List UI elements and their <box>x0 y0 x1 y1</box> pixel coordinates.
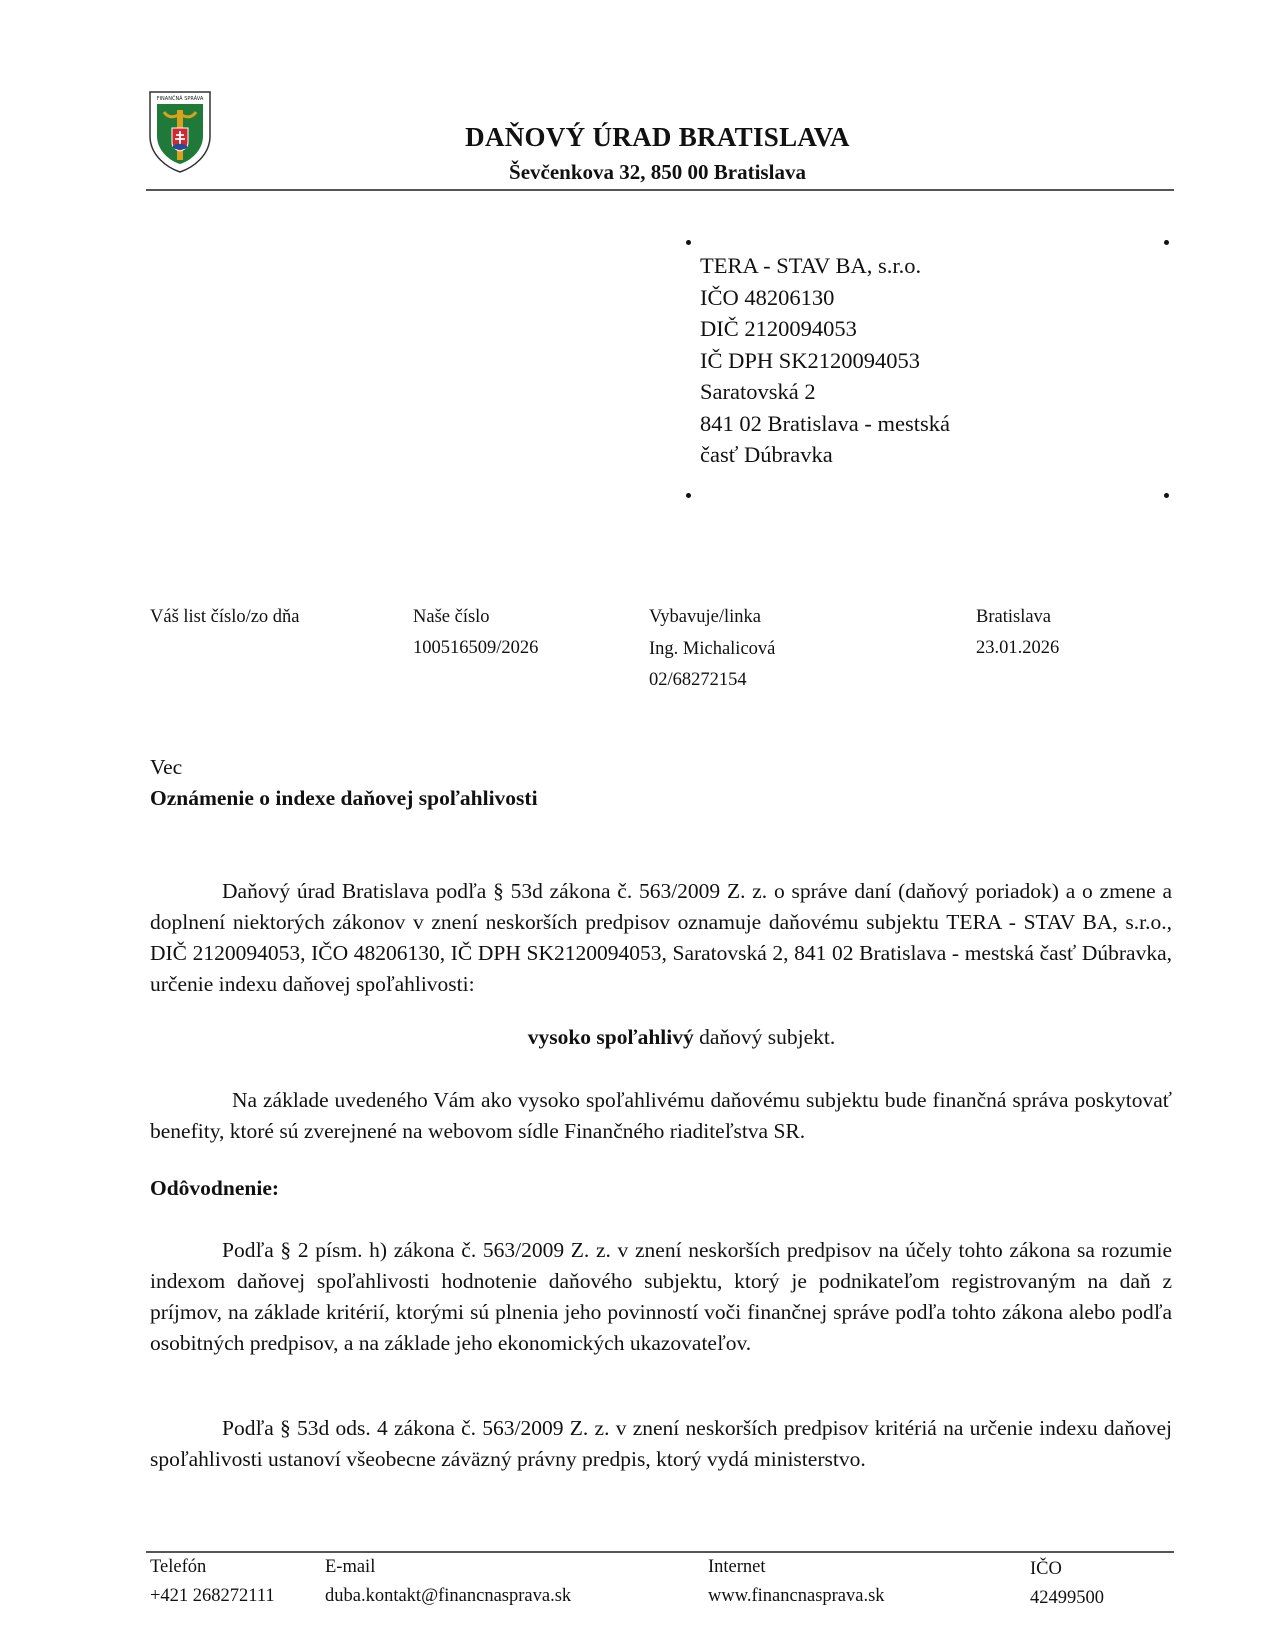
recipient-corner-mark <box>1164 493 1169 498</box>
subject-title: Oznámenie o indexe daňovej spoľahlivosti <box>150 786 538 811</box>
ref-place: Bratislava <box>976 602 1059 633</box>
recipient-district: časť Dúbravka <box>700 439 950 471</box>
body-paragraph-criteria: Podľa § 53d ods. 4 zákona č. 563/2009 Z.… <box>150 1413 1172 1475</box>
svg-text:FINANČNÁ SPRÁVA: FINANČNÁ SPRÁVA <box>157 95 204 102</box>
body-paragraph-notice: Daňový úrad Bratislava podľa § 53d zákon… <box>150 876 1172 1000</box>
justification-heading: Odôvodnenie: <box>150 1176 279 1201</box>
recipient-name: TERA - STAV BA, s.r.o. <box>700 250 950 282</box>
footer-email: E-mail duba.kontakt@financnasprava.sk <box>325 1553 571 1611</box>
body-paragraph-definition: Podľa § 2 písm. h) zákona č. 563/2009 Z.… <box>150 1235 1172 1359</box>
footer-internet-label: Internet <box>708 1553 885 1582</box>
ref-our-number-value: 100516509/2026 <box>413 633 538 664</box>
footer-ico-label: IČO <box>1030 1555 1104 1584</box>
ref-handled-by-label: Vybavuje/linka <box>649 602 775 633</box>
footer-email-value[interactable]: duba.kontakt@financnasprava.sk <box>325 1582 571 1611</box>
footer-phone-label: Telefón <box>150 1553 275 1582</box>
footer-phone: Telefón +421 268272111 <box>150 1553 275 1611</box>
ref-handled-by: Vybavuje/linka Ing. Michalicová 02/68272… <box>649 602 775 696</box>
ref-handled-by-phone: 02/68272154 <box>649 665 775 696</box>
body-paragraph-benefits: Na základe uvedeného Vám ako vysoko spoľ… <box>150 1085 1172 1147</box>
header-divider <box>146 189 1174 191</box>
footer-internet-value[interactable]: www.financnasprava.sk <box>708 1582 885 1611</box>
recipient-corner-mark <box>686 493 691 498</box>
ref-our-number-label: Naše číslo <box>413 602 538 633</box>
recipient-city: 841 02 Bratislava - mestská <box>700 408 950 440</box>
ref-date: 23.01.2026 <box>976 633 1059 664</box>
recipient-corner-mark <box>1164 240 1169 245</box>
ref-place-date: Bratislava 23.01.2026 <box>976 602 1059 664</box>
reliability-result: vysoko spoľahlivý daňový subjekt. <box>0 1025 1275 1050</box>
ref-handled-by-name: Ing. Michalicová <box>649 634 775 665</box>
subject-label: Vec <box>150 755 182 780</box>
recipient-street: Saratovská 2 <box>700 376 950 408</box>
recipient-corner-mark <box>686 240 691 245</box>
ref-your-letter: Váš list číslo/zo dňa <box>150 602 300 633</box>
footer-internet: Internet www.financnasprava.sk <box>708 1553 885 1611</box>
recipient-address: TERA - STAV BA, s.r.o. IČO 48206130 DIČ … <box>700 250 950 471</box>
footer-ico: IČO 42499500 <box>1030 1555 1104 1613</box>
footer-phone-value: +421 268272111 <box>150 1582 275 1611</box>
recipient-dic: DIČ 2120094053 <box>700 313 950 345</box>
ref-your-letter-label: Váš list číslo/zo dňa <box>150 602 300 633</box>
recipient-icdph: IČ DPH SK2120094053 <box>700 345 950 377</box>
footer-ico-value: 42499500 <box>1030 1584 1104 1613</box>
recipient-ico: IČO 48206130 <box>700 282 950 314</box>
footer-email-label: E-mail <box>325 1553 571 1582</box>
office-address: Ševčenkova 32, 850 00 Bratislava <box>0 160 1275 185</box>
reliability-index-value: vysoko spoľahlivý <box>528 1025 694 1049</box>
office-title: DAŇOVÝ ÚRAD BRATISLAVA <box>0 122 1275 153</box>
footer-divider <box>146 1551 1174 1553</box>
ref-our-number: Naše číslo 100516509/2026 <box>413 602 538 664</box>
